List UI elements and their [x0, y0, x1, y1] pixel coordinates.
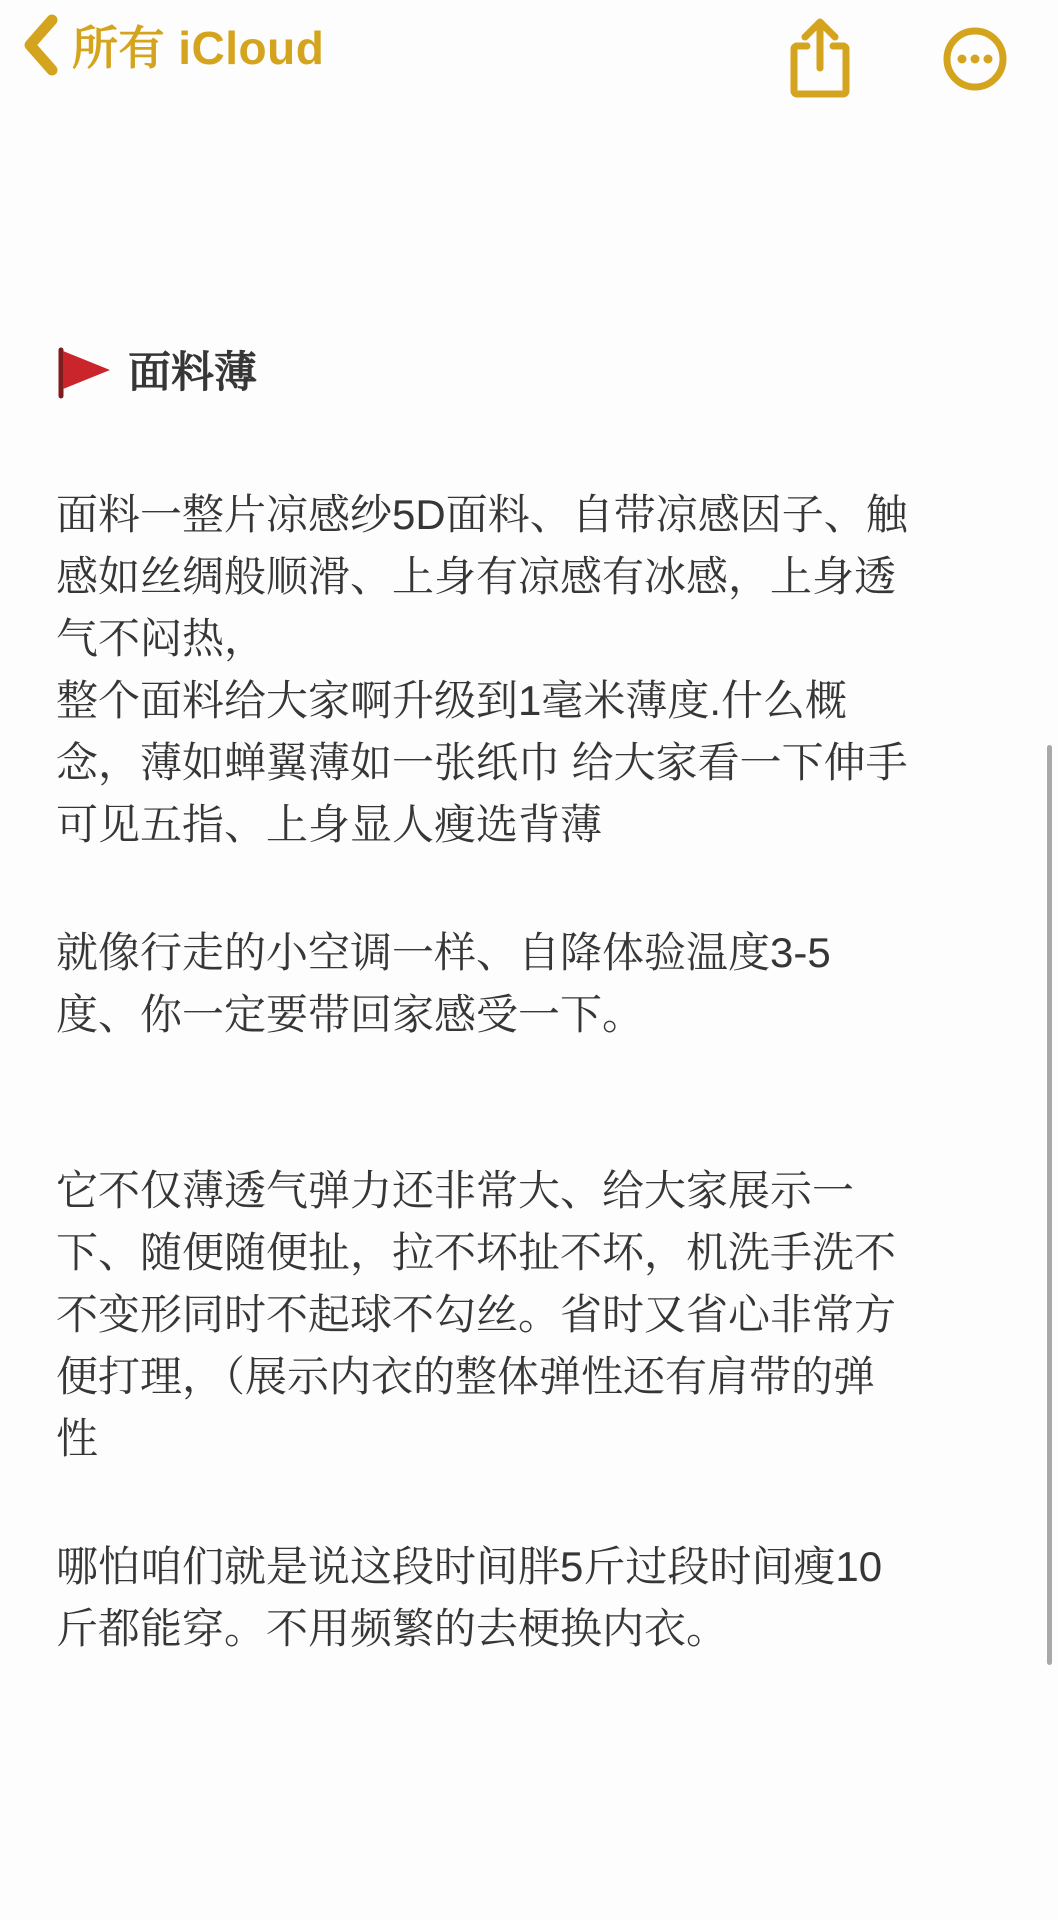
scrollbar[interactable] — [1047, 745, 1052, 1665]
note-paragraph: 面料一整片凉感纱5D面料、自带凉感因子、触 感如丝绸般顺滑、上身有凉感有冰感，上… — [56, 484, 1000, 856]
more-button[interactable] — [942, 26, 1008, 92]
note-paragraph: 它不仅薄透气弹力还非常大、给大家展示一 下、随便随便扯，拉不坏扯不坏，机洗手洗不… — [56, 1160, 1000, 1470]
note-paragraph: 就像行走的小空调一样、自降体验温度3-5 度、你一定要带回家感受一下。 — [56, 922, 1000, 1046]
ellipsis-circle-icon — [942, 80, 1008, 95]
note-heading: 面料薄 — [56, 342, 1000, 404]
share-icon — [784, 90, 856, 105]
note-paragraph: 哪怕咱们就是说这段时间胖5斤过段时间瘦10 斤都能穿。不用频繁的去梗换内衣。 — [56, 1536, 1000, 1660]
note-editor[interactable]: 面料薄 面料一整片凉感纱5D面料、自带凉感因子、触 感如丝绸般顺滑、上身有凉感有… — [0, 342, 1058, 1660]
share-button[interactable] — [784, 16, 856, 102]
note-heading-text: 面料薄 — [128, 342, 257, 404]
nav-bar: 所有 iCloud — [0, 0, 1058, 100]
back-button-label: 所有 iCloud — [72, 12, 324, 78]
red-flag-icon — [56, 347, 112, 399]
chevron-left-icon — [22, 14, 58, 76]
back-button[interactable]: 所有 iCloud — [22, 12, 324, 78]
nav-actions — [784, 12, 1008, 102]
notes-app-screen: 所有 iCloud — [0, 0, 1058, 1920]
